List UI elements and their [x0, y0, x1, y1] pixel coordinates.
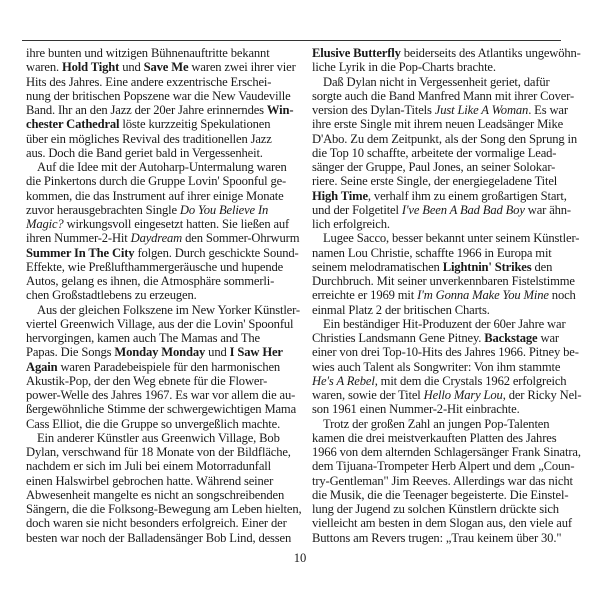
text-run: Dylan, verschwand für 18 Monate von der …: [26, 445, 291, 459]
text-run: D'Abo. Zu dem Zeitpunkt, als der Song de…: [312, 132, 577, 146]
text-line: besten war noch der Balladensänger Bob L…: [26, 531, 294, 545]
text-line: namen Lou Christie, schaffte 1966 in Eur…: [312, 246, 584, 260]
text-line: kommen, die das Instrument auf ihrer ein…: [26, 189, 294, 203]
text-run: Aus der gleichen Folkszene im New Yorker…: [37, 303, 300, 317]
text-run: hervorgingen, kamen auch The Mamas and T…: [26, 331, 260, 345]
text-run: 1966 von dem alternden Schlagersänger Fr…: [312, 445, 581, 459]
text-line: und der Folgetitel I've Been A Bad Bad B…: [312, 203, 584, 217]
text-run: und der Folgetitel: [312, 203, 402, 217]
text-run: Lugee Sacco, besser bekannt unter seinem…: [323, 231, 579, 245]
text-run: einer von drei Top-10-Hits des Jahres 19…: [312, 345, 579, 359]
text-run: . Es war: [528, 103, 568, 117]
text-line: Autos, gelang es ihnen, die Atmosphäre s…: [26, 274, 294, 288]
text-line: Again waren Paradebeispiele für den harm…: [26, 360, 294, 374]
song-title-bold: Lightnin' Strikes: [443, 260, 532, 274]
text-line: vielleicht am besten in dem Slogan aus, …: [312, 516, 584, 530]
text-run: einmal Platz 2 der britischen Charts.: [312, 303, 490, 317]
text-line: sorgte auch die Band Manfred Mann mit ih…: [312, 89, 584, 103]
text-run: son 1961 einen Nummer-2-Hit einbrachte.: [312, 402, 520, 416]
text-run: Auf die Idee mit der Autoharp-Untermalun…: [37, 160, 287, 174]
text-run: Papas. Die Songs: [26, 345, 114, 359]
text-run: chen Großstadtlebens zu erzeugen.: [26, 288, 197, 302]
text-run: wirkungsvoll eingesetzt hatten. Sie ließ…: [64, 217, 290, 231]
text-run: viertel Greenwich Village, aus der die L…: [26, 317, 293, 331]
text-run: version des Dylan-Titels: [312, 103, 435, 117]
text-run: nachdem er sich im Juli bei einem Motorr…: [26, 459, 271, 473]
text-line: erreichte er 1969 mit I'm Gonna Make You…: [312, 288, 584, 302]
text-run: Abwesenheit mangelte es nicht an songsch…: [26, 488, 284, 502]
text-run: namen Lou Christie, schaffte 1966 in Eur…: [312, 246, 552, 260]
text-line: die Musik, die die Teenager begeisterte.…: [312, 488, 584, 502]
text-line: Lugee Sacco, besser bekannt unter seinem…: [312, 231, 584, 245]
text-run: ßergewöhnliche Stimme der schwergewichti…: [26, 402, 296, 416]
text-run: über ein mögliches Revival des tradition…: [26, 132, 272, 146]
text-line: 1966 von dem alternden Schlagersänger Fr…: [312, 445, 584, 459]
text-run: , der Ricky Nel-: [503, 388, 582, 402]
text-line: die Top 10 schaffte, arbeitete der vorma…: [312, 146, 584, 160]
text-run: den: [531, 260, 552, 274]
text-line: Summer In The City folgen. Durch geschic…: [26, 246, 294, 260]
text-run: Ein beständiger Hit-Produzent der 60er J…: [323, 317, 566, 331]
text-line: aus. Doch die Band geriet bald in Verges…: [26, 146, 294, 160]
text-line: Ein anderer Künstler aus Greenwich Villa…: [26, 431, 294, 445]
text-run: ihre bunten und witzigen Bühnenauftritte…: [26, 46, 270, 60]
text-line: viertel Greenwich Village, aus der die L…: [26, 317, 294, 331]
text-line: Band. Ihr an den Jazz der 20er Jahre eri…: [26, 103, 294, 117]
song-title-italic: Daydream: [131, 231, 183, 245]
text-line: chen Großstadtlebens zu erzeugen.: [26, 288, 294, 302]
text-line: nung der britischen Popszene war die New…: [26, 89, 294, 103]
text-line: Trotz der großen Zahl an jungen Pop-Tale…: [312, 417, 584, 431]
text-line: Elusive Butterfly beiderseits des Atlant…: [312, 46, 584, 60]
text-line: version des Dylan-Titels Just Like A Wom…: [312, 103, 584, 117]
text-run: und: [119, 60, 143, 74]
text-line: über ein mögliches Revival des tradition…: [26, 132, 294, 146]
text-line: ßergewöhnliche Stimme der schwergewichti…: [26, 402, 294, 416]
text-line: He's A Rebel, mit dem die Crystals 1962 …: [312, 374, 584, 388]
song-title-italic: He's A Rebel: [312, 374, 375, 388]
text-run: Buttons am Revers trugen: „Trau keinem ü…: [312, 531, 561, 545]
text-line: wies auch Talent als Songwriter: Von ihm…: [312, 360, 584, 374]
text-line: lich erfolgreich.: [312, 217, 584, 231]
song-title-bold: Backstage: [484, 331, 537, 345]
text-column-right: Elusive Butterfly beiderseits des Atlant…: [312, 46, 584, 545]
text-line: Ein beständiger Hit-Produzent der 60er J…: [312, 317, 584, 331]
text-run: waren.: [26, 60, 62, 74]
text-line: Aus der gleichen Folkszene im New Yorker…: [26, 303, 294, 317]
text-run: ihren Nummer-2-Hit: [26, 231, 131, 245]
text-line: einmal Platz 2 der britischen Charts.: [312, 303, 584, 317]
song-title-italic: Hello Mary Lou: [424, 388, 503, 402]
text-run: kommen, die das Instrument auf ihrer ein…: [26, 189, 284, 203]
text-line: son 1961 einen Nummer-2-Hit einbrachte.: [312, 402, 584, 416]
text-run: war ähn-: [525, 203, 571, 217]
song-title-italic: I've Been A Bad Bad Boy: [402, 203, 525, 217]
text-run: folgen. Durch geschickte Sound-: [134, 246, 298, 260]
text-line: Durchbruch. Mit seiner unverkennbaren Fi…: [312, 274, 584, 288]
song-title-bold: Elusive Butterfly: [312, 46, 401, 60]
text-line: Buttons am Revers trugen: „Trau keinem ü…: [312, 531, 584, 545]
text-run: und: [205, 345, 229, 359]
song-title-bold: chester Cathedral: [26, 117, 119, 131]
text-run: ihre erste Single mit ihrem neuen Leadsä…: [312, 117, 563, 131]
text-run: waren, sowie der Titel: [312, 388, 424, 402]
text-line: die Pinkertons durch die Gruppe Lovin' S…: [26, 174, 294, 188]
text-run: wies auch Talent als Songwriter: Von ihm…: [312, 360, 560, 374]
text-run: Band. Ihr an den Jazz der 20er Jahre eri…: [26, 103, 267, 117]
text-run: dem Tijuana-Trompeter Herb Alpert und de…: [312, 459, 574, 473]
text-run: sorgte auch die Band Manfred Mann mit ih…: [312, 89, 574, 103]
text-run: Ein anderer Künstler aus Greenwich Villa…: [37, 431, 280, 445]
page-number: 10: [0, 551, 600, 566]
text-line: ihre erste Single mit ihrem neuen Leadsä…: [312, 117, 584, 131]
text-line: Abwesenheit mangelte es nicht an songsch…: [26, 488, 294, 502]
text-run: die Pinkertons durch die Gruppe Lovin' S…: [26, 174, 286, 188]
text-line: riere. Seine erste Single, der energiege…: [312, 174, 584, 188]
text-line: liche Lyrik in die Pop-Charts brachte.: [312, 60, 584, 74]
text-run: noch: [549, 288, 576, 302]
text-run: riere. Seine erste Single, der energiege…: [312, 174, 557, 188]
text-line: nachdem er sich im Juli bei einem Motorr…: [26, 459, 294, 473]
text-run: aus. Doch die Band geriet bald in Verges…: [26, 146, 263, 160]
text-line: Effekte, wie Preßlufthammergeräusche und…: [26, 260, 294, 274]
header-rule: [22, 40, 561, 41]
song-title-bold: I Saw Her: [230, 345, 283, 359]
text-run: doch waren sie nicht besonders erfolgrei…: [26, 516, 287, 530]
text-line: High Time, verhalf ihm zu einem großarti…: [312, 189, 584, 203]
song-title-bold: Win-: [267, 103, 293, 117]
text-run: sänger der Gruppe, Paul Jones, an seiner…: [312, 160, 555, 174]
text-line: zuvor herausgebrachten Single Do You Bel…: [26, 203, 294, 217]
text-column-left: ihre bunten und witzigen Bühnenauftritte…: [26, 46, 294, 545]
song-title-italic: I'm Gonna Make You Mine: [417, 288, 549, 302]
text-line: einer von drei Top-10-Hits des Jahres 19…: [312, 345, 584, 359]
song-title-italic: Just Like A Woman: [435, 103, 528, 117]
text-run: Daß Dylan nicht in Vergessenheit geriet,…: [323, 75, 550, 89]
text-line: lung der Jugend zu solchen Künstlern drü…: [312, 502, 584, 516]
text-run: Effekte, wie Preßlufthammergeräusche und…: [26, 260, 283, 274]
text-run: beiderseits des Atlantiks ungewöhn-: [401, 46, 581, 60]
text-run: Durchbruch. Mit seiner unverkennbaren Fi…: [312, 274, 575, 288]
text-run: Akustik-Pop, der den Weg ebnete für die …: [26, 374, 267, 388]
text-line: D'Abo. Zu dem Zeitpunkt, als der Song de…: [312, 132, 584, 146]
text-line: waren, sowie der Titel Hello Mary Lou, d…: [312, 388, 584, 402]
text-line: seinem melodramatischen Lightnin' Strike…: [312, 260, 584, 274]
text-line: Cass Elliot, die die Gruppe so unvergeßl…: [26, 417, 294, 431]
song-title-bold: Summer In The City: [26, 246, 134, 260]
text-run: Cass Elliot, die die Gruppe so unvergeßl…: [26, 417, 280, 431]
text-run: , mit dem die Crystals 1962 erfolgreich: [375, 374, 567, 388]
text-run: lung der Jugend zu solchen Künstlern drü…: [312, 502, 559, 516]
text-line: Daß Dylan nicht in Vergessenheit geriet,…: [312, 75, 584, 89]
text-line: Magic? wirkungsvoll eingesetzt hatten. S…: [26, 217, 294, 231]
text-run: den Sommer-Ohrwurm: [182, 231, 299, 245]
song-title-bold: Monday Monday: [114, 345, 205, 359]
text-line: Akustik-Pop, der den Weg ebnete für die …: [26, 374, 294, 388]
song-title-bold: Save Me: [144, 60, 189, 74]
text-line: power-Welle des Jahres 1967. Es war vor …: [26, 388, 294, 402]
text-run: try-Gentleman" Jim Reeves. Allerdings wa…: [312, 474, 573, 488]
song-title-italic: Magic?: [26, 217, 64, 231]
text-run: Christies Landsmann Gene Pitney.: [312, 331, 484, 345]
text-run: , verhalf ihm zu einem großartigen Start…: [368, 189, 567, 203]
text-line: doch waren sie nicht besonders erfolgrei…: [26, 516, 294, 530]
text-run: vielleicht am besten in dem Slogan aus, …: [312, 516, 572, 530]
text-run: zuvor herausgebrachten Single: [26, 203, 180, 217]
text-line: Sängern, die die Folksong-Bewegung am Le…: [26, 502, 294, 516]
text-line: Papas. Die Songs Monday Monday und I Saw…: [26, 345, 294, 359]
text-line: Auf die Idee mit der Autoharp-Untermalun…: [26, 160, 294, 174]
text-run: Sängern, die die Folksong-Bewegung am Le…: [26, 502, 302, 516]
text-line: Dylan, verschwand für 18 Monate von der …: [26, 445, 294, 459]
text-run: Hits des Jahres. Eine andere exzentrisch…: [26, 75, 271, 89]
text-run: erreichte er 1969 mit: [312, 288, 417, 302]
text-line: Christies Landsmann Gene Pitney. Backsta…: [312, 331, 584, 345]
text-run: löste kurzzeitig Spekulationen: [119, 117, 270, 131]
text-run: liche Lyrik in die Pop-Charts brachte.: [312, 60, 496, 74]
text-run: einen Halswirbel gebrochen hatte. Währen…: [26, 474, 273, 488]
text-line: try-Gentleman" Jim Reeves. Allerdings wa…: [312, 474, 584, 488]
song-title-bold: Again: [26, 360, 57, 374]
text-line: waren. Hold Tight und Save Me waren zwei…: [26, 60, 294, 74]
text-line: ihren Nummer-2-Hit Daydream den Sommer-O…: [26, 231, 294, 245]
text-line: kamen die drei meistverkauften Platten d…: [312, 431, 584, 445]
text-run: kamen die drei meistverkauften Platten d…: [312, 431, 556, 445]
text-run: seinem melodramatischen: [312, 260, 443, 274]
text-run: power-Welle des Jahres 1967. Es war vor …: [26, 388, 295, 402]
text-run: die Top 10 schaffte, arbeitete der vorma…: [312, 146, 556, 160]
song-title-italic: Do You Believe In: [180, 203, 268, 217]
text-run: lich erfolgreich.: [312, 217, 390, 231]
song-title-bold: High Time: [312, 189, 368, 203]
text-run: waren Paradebeispiele für den harmonisch…: [57, 360, 280, 374]
text-run: die Musik, die die Teenager begeisterte.…: [312, 488, 568, 502]
text-line: Hits des Jahres. Eine andere exzentrisch…: [26, 75, 294, 89]
text-line: sänger der Gruppe, Paul Jones, an seiner…: [312, 160, 584, 174]
song-title-bold: Hold Tight: [62, 60, 119, 74]
text-line: dem Tijuana-Trompeter Herb Alpert und de…: [312, 459, 584, 473]
text-run: war: [538, 331, 559, 345]
text-run: Trotz der großen Zahl an jungen Pop-Tale…: [323, 417, 549, 431]
text-line: einen Halswirbel gebrochen hatte. Währen…: [26, 474, 294, 488]
text-run: Autos, gelang es ihnen, die Atmosphäre s…: [26, 274, 274, 288]
text-line: hervorgingen, kamen auch The Mamas and T…: [26, 331, 294, 345]
text-line: chester Cathedral löste kurzzeitig Speku…: [26, 117, 294, 131]
text-run: waren zwei ihrer vier: [188, 60, 295, 74]
text-run: nung der britischen Popszene war die New…: [26, 89, 291, 103]
text-run: besten war noch der Balladensänger Bob L…: [26, 531, 291, 545]
text-line: ihre bunten und witzigen Bühnenauftritte…: [26, 46, 294, 60]
